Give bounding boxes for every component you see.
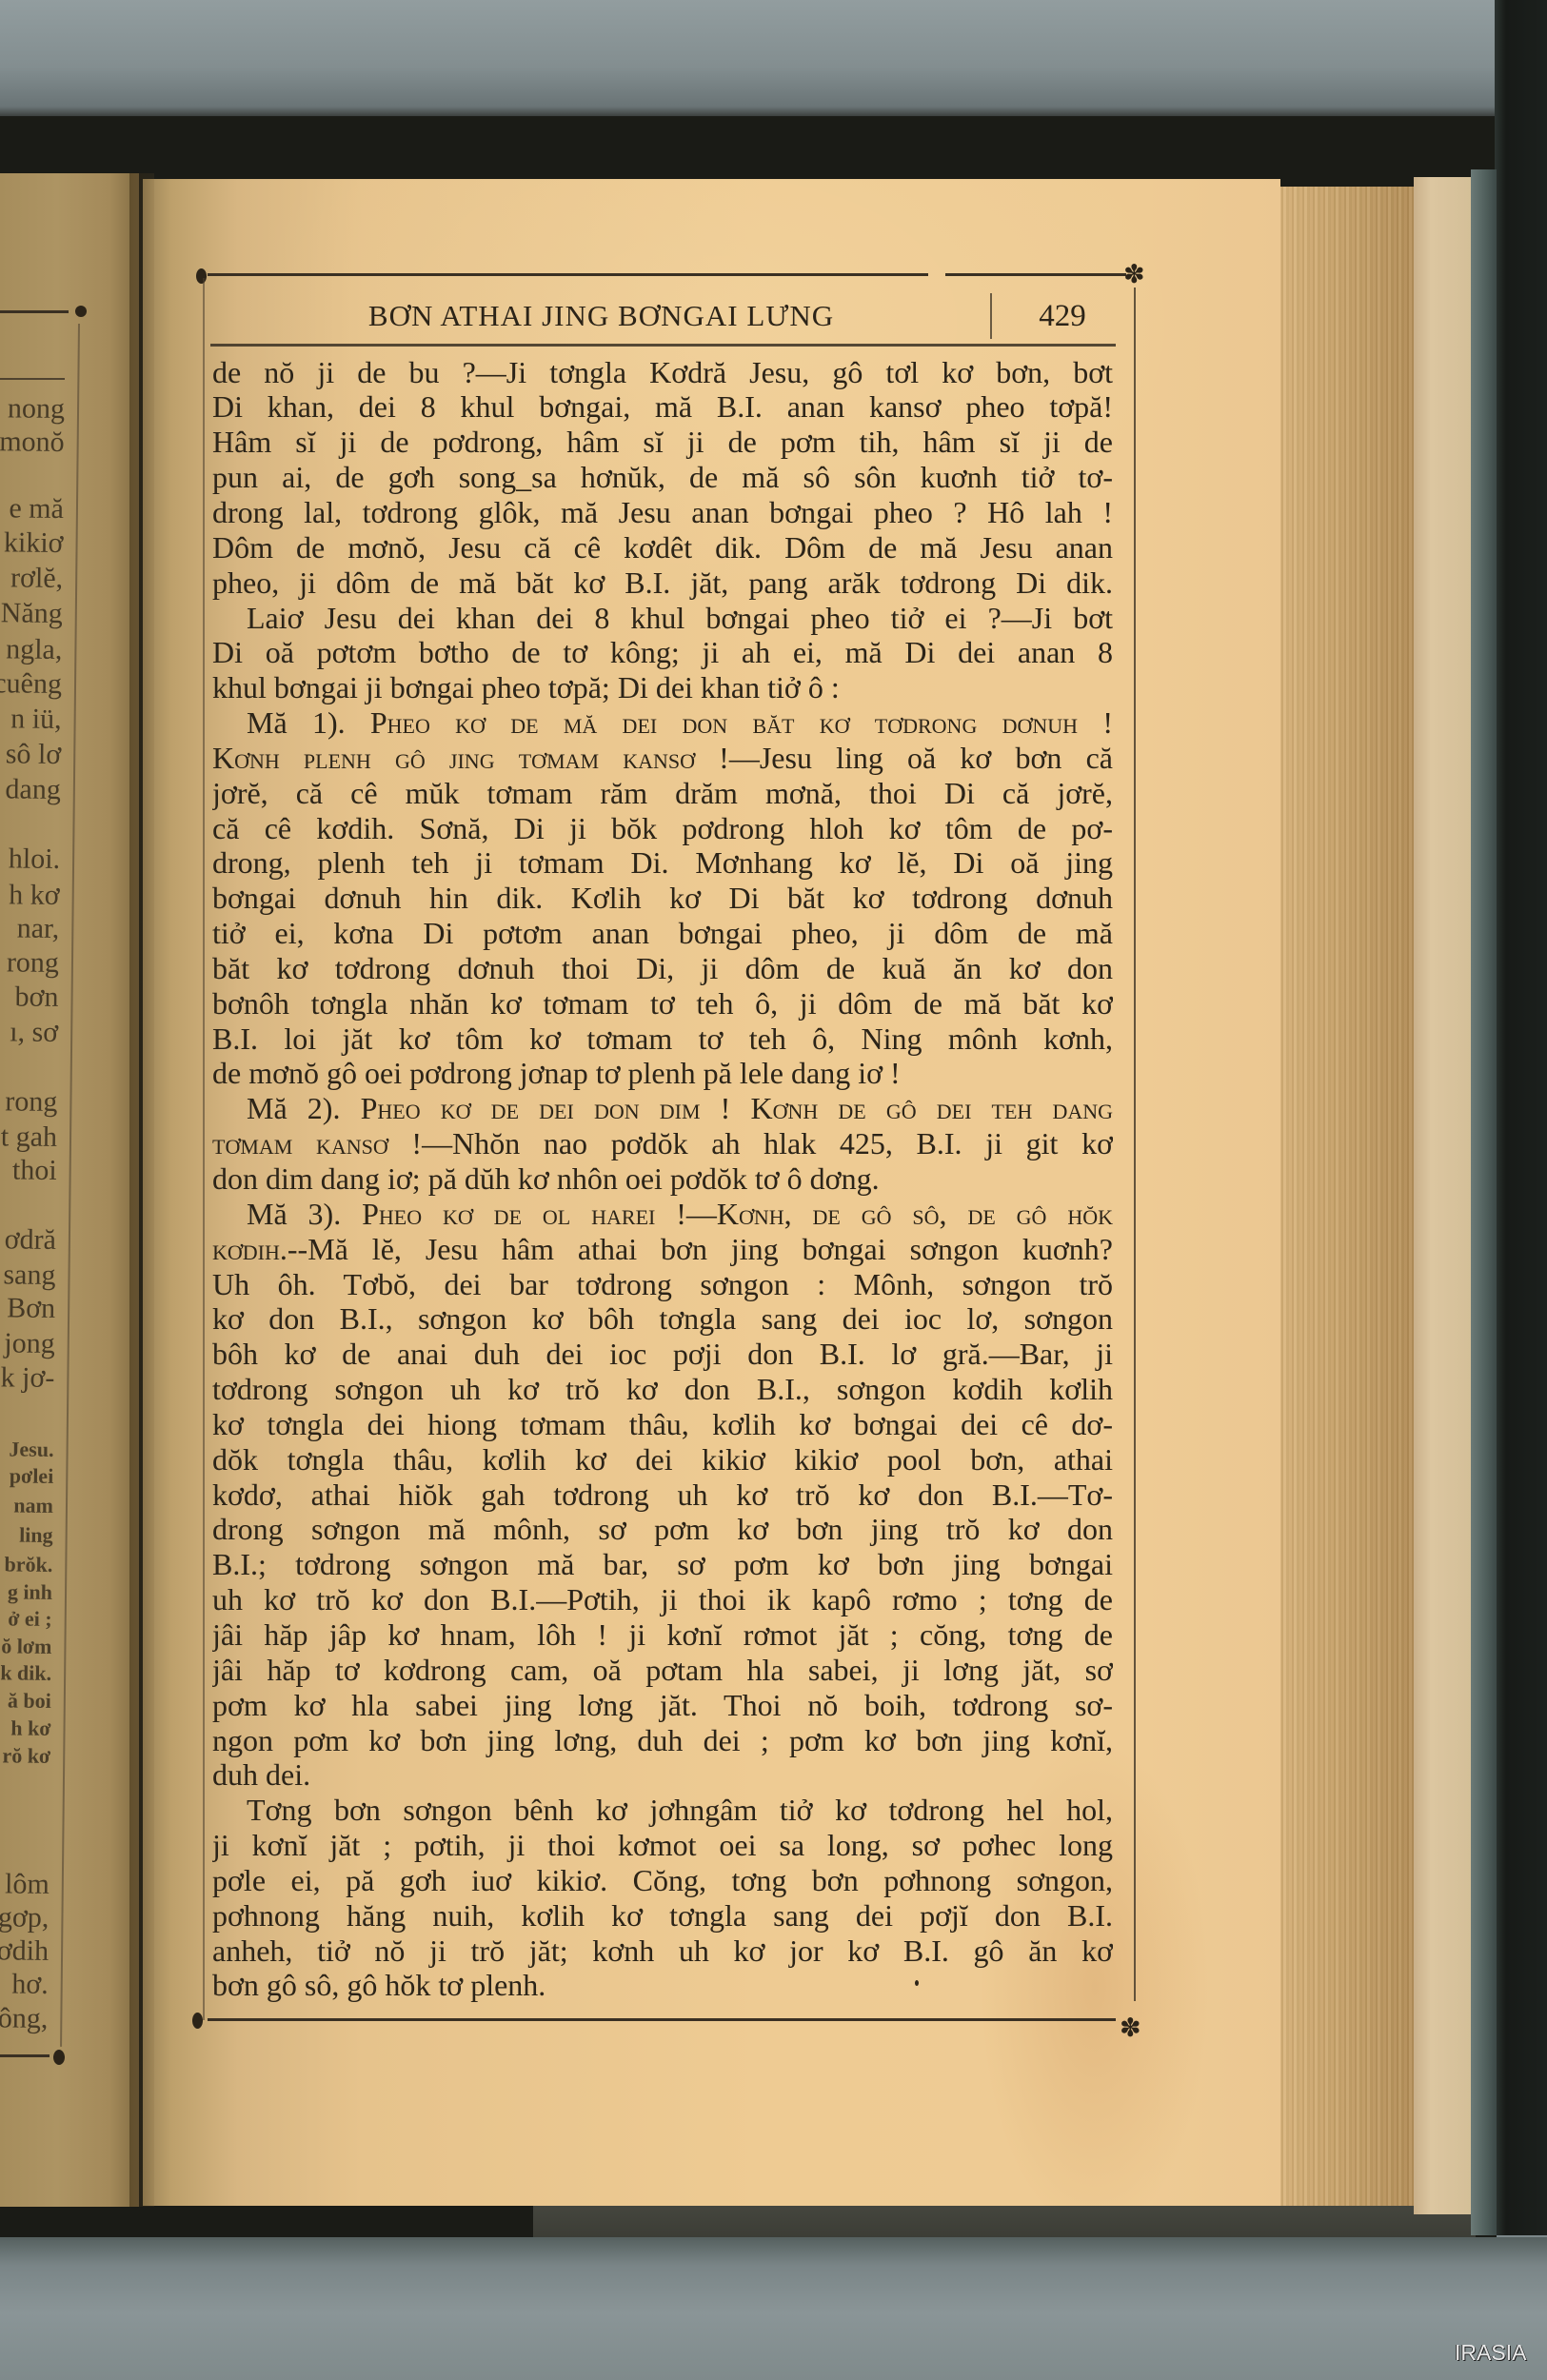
section-heading-line-3: Mă 3). Pheo kơ de ol harei !—Kơnh, de gô…: [212, 1197, 1113, 1232]
left-page-fragment: hloi.: [9, 842, 61, 877]
header-rule: [210, 344, 1116, 347]
right-border-line: [1134, 288, 1136, 2001]
section-heading-continuation: Kơnh plenh gô jing tơmam kansơ !—Jesu li…: [212, 741, 1113, 776]
left-page-fragment: h kơ: [9, 878, 60, 913]
section-title: tơmam kansơ !: [212, 1126, 422, 1160]
flower-ornament-icon: ✽: [1120, 2015, 1141, 2041]
left-page-fragment: Bơn: [7, 1291, 55, 1326]
text-line: pun ai, de gơh song_sa hơnŭk, de mă sô s…: [212, 460, 1113, 495]
section-title: Pheo kơ de mă dei don băt kơ tơdrong dơn…: [370, 705, 1113, 740]
text-line: drong sơngon mă mônh, sơ pơm kơ bơn jing…: [212, 1512, 1113, 1547]
page-body-text: de nŏ ji de bu ?—Ji tơngla Kơdră Jesu, g…: [212, 355, 1113, 2004]
text-line: bơnôh tơngla nhăn kơ tơmam tơ teh ô, ji …: [212, 986, 1113, 1021]
left-page-fragment: ă boi: [8, 1688, 51, 1713]
left-page-fragment: t gah: [1, 1120, 58, 1155]
book-gutter-shadow: [129, 173, 154, 2207]
text-line: tơdrong sơngon uh kơ trŏ kơ don B.I., sơ…: [212, 1372, 1113, 1407]
left-page-fragment: ơdih: [0, 1934, 49, 1969]
page-block-edge: [1414, 177, 1471, 2214]
paragraph-end-line: bơn gô sô, gô hŏk tơ plenh.: [212, 1968, 1113, 2003]
text-line: B.I. loi jăt kơ tôm kơ tơmam tơ teh ô, N…: [212, 1021, 1113, 1057]
text-line: drong, plenh teh ji tơmam Di. Mơnhang kơ…: [212, 845, 1113, 881]
text-line: jơrĕ, că cê mŭk tơmam răm drăm mơnă, tho…: [212, 776, 1113, 811]
left-page-fragment: nar,: [16, 912, 59, 946]
left-page-fragment: pơlei: [10, 1463, 54, 1488]
text-line: bơngai dơnuh hin dik. Kơlih kơ Di băt kơ…: [212, 881, 1113, 916]
left-page-fragment: brŏk.: [4, 1552, 52, 1577]
left-page-fragment: nam: [13, 1494, 53, 1518]
page-number-divider: [990, 293, 992, 339]
top-rule: [945, 273, 1126, 276]
left-page-fragment: ling: [19, 1523, 53, 1548]
left-page-fragment: jong: [4, 1326, 55, 1361]
text-line: ngon pơm kơ bơn jing lơng, duh dei ; pơm…: [212, 1723, 1113, 1758]
flower-ornament-icon: ✽: [1123, 262, 1145, 288]
left-page-fragment: h kơ: [10, 1716, 50, 1740]
section-number: Mă 2).: [247, 1091, 361, 1125]
text-line: Uh ôh. Tơbŏ, dei bar tơdrong sơngon : Mô…: [212, 1267, 1113, 1302]
left-page-fragment: ông,: [0, 2001, 48, 2036]
text-line: Di khan, dei 8 khul bơngai, mă B.I. anan…: [212, 389, 1113, 425]
left-page-fragment: ơdră: [5, 1222, 57, 1258]
section-heading-line-1: Mă 1). Pheo kơ de mă dei don băt kơ tơdr…: [212, 705, 1113, 741]
text-line: Hâm sĭ ji de pơdrong, hâm sĭ ji de pơm t…: [212, 425, 1113, 460]
left-page-fragment: rong: [7, 945, 59, 981]
left-page-fragment: ngla,: [6, 632, 63, 667]
text-line: B.I.; tơdrong sơngon mă bar, sơ pơm kơ b…: [212, 1547, 1113, 1582]
paragraph-end-line: duh dei.: [212, 1757, 1113, 1793]
left-page-fragment: n iü,: [10, 702, 62, 737]
left-page-fragment: bơn: [14, 980, 58, 1014]
bottom-rule: [208, 2018, 1116, 2021]
text-line: kơ tơngla dei hiong tơmam thâu, kơlih kơ…: [212, 1407, 1113, 1442]
text-run: —Jesu ling oă kơ bơn că: [729, 741, 1113, 775]
ornament-dot-icon: [196, 268, 207, 284]
text-line: băt kơ tơdrong dơnuh thoi Di, ji dôm de …: [212, 951, 1113, 986]
section-title: kơdih.: [212, 1232, 288, 1266]
scanner-background-top: [0, 0, 1547, 124]
left-border-line: [203, 278, 205, 2020]
section-heading-continuation: kơdih.--Mă lĕ, Jesu hâm athai bơn jing b…: [212, 1232, 1113, 1267]
section-heading-continuation: tơmam kansơ !—Nhŏn nao pơdŏk ah hlak 425…: [212, 1126, 1113, 1161]
text-line: jâi hăp tơ kơdrong cam, oă pơtam hla sab…: [212, 1653, 1113, 1688]
left-page-fragment: rơlĕ,: [10, 561, 63, 596]
section-number: Mă 1).: [247, 705, 370, 740]
left-page-fragment: sang: [3, 1258, 55, 1293]
left-page-fragment: lôm: [5, 1867, 50, 1901]
left-page-fragment: monŏ: [0, 425, 65, 460]
text-line: pơle ei, pă gơh iuơ kikiơ. Cŏng, tơng bơ…: [212, 1863, 1113, 1898]
text-line: anheh, tiở nŏ ji trŏ jăt; kơnh uh kơ jor…: [212, 1934, 1113, 1969]
left-page-fragment: ŏ lơm: [1, 1634, 51, 1659]
ornament-dot-icon: [53, 2050, 65, 2065]
ornament-dot-icon: [75, 306, 87, 317]
page-stack-edges: [1279, 187, 1414, 2206]
text-line: că cê kơdih. Sơnă, Di ji bŏk pơdrong hlo…: [212, 811, 1113, 846]
section-title: Pheo kơ de dei don dim ! Kơnh de gô dei …: [361, 1091, 1113, 1125]
left-page-fragment: nong: [8, 391, 65, 426]
text-line: bôh kơ de anai duh dei ioc pơji don B.I.…: [212, 1337, 1113, 1372]
text-run: —Nhŏn nao pơdŏk ah hlak 425, B.I. ji git…: [422, 1126, 1113, 1160]
left-page-fragment: k dik.: [0, 1660, 51, 1686]
left-page-fragment: hơ.: [11, 1968, 49, 2002]
section-title: Kơnh plenh gô jing tơmam kansơ !: [212, 741, 729, 775]
ornament-dot-icon: [192, 2013, 203, 2029]
left-page-fragment: gơp,: [0, 1900, 50, 1935]
top-rule: [208, 273, 928, 276]
left-page-fragment: e mă: [9, 491, 64, 526]
running-head: BƠN ATHAI JING BƠNGAI LƯNG: [212, 295, 990, 337]
left-page-fragment: thoi: [12, 1153, 57, 1187]
left-page-fragment: cuêng: [0, 666, 62, 702]
paragraph-end-line: don dim dang iơ; pă dŭh kơ nhôn oei pơdŏ…: [212, 1161, 1113, 1197]
page-number: 429: [996, 295, 1129, 337]
left-page-fragment: rong: [5, 1084, 57, 1120]
text-run: --Mă lĕ, Jesu hâm athai bơn jing bơngai …: [288, 1232, 1113, 1266]
left-page-fragment: g inh: [8, 1579, 52, 1604]
paragraph-end-line: de mơnŏ gô oei pơdrong jơnap tơ plenh pă…: [212, 1056, 1113, 1091]
left-page-fragment: k jơ-: [0, 1360, 54, 1396]
section-number: Mă 3).: [247, 1197, 362, 1231]
book-cover-right: [1495, 0, 1547, 2235]
text-line: pơm kơ hla sabei jing lơng jăt. Thoi nŏ …: [212, 1688, 1113, 1723]
text-line: kơ don B.I., sơngon kơ bôh tơngla sang d…: [212, 1301, 1113, 1337]
text-line: Dôm de mơnŏ, Jesu că cê kơdêt dik. Dôm d…: [212, 530, 1113, 565]
text-line: de nŏ ji de bu ?—Ji tơngla Kơdră Jesu, g…: [212, 355, 1113, 390]
text-line: pheo, ji dôm de mă băt kơ B.I. jăt, pang…: [212, 565, 1113, 601]
left-page-fragment: Năng: [1, 596, 63, 631]
left-page-fragment: sô lơ: [6, 737, 62, 772]
text-line: drong lal, tơdrong glôk, mă Jesu anan bơ…: [212, 495, 1113, 530]
text-line: Di oă pơtơm bơtho de tơ kông; ji ah ei, …: [212, 635, 1113, 670]
text-line: kơdơ, athai hiŏk gah tơdrong uh kơ trŏ k…: [212, 1478, 1113, 1513]
scanner-background-bottom: [0, 2237, 1547, 2380]
text-line: dŏk tơngla thâu, kơlih kơ dei kikiơ kiki…: [212, 1442, 1113, 1478]
section-heading-line-2: Mă 2). Pheo kơ de dei don dim ! Kơnh de …: [212, 1091, 1113, 1126]
paragraph-start-line: Laiơ Jesu dei khan dei 8 khul bơngai phe…: [212, 601, 1113, 636]
book-cover-board-edge: [1471, 169, 1497, 2235]
paragraph-start-line: Tơng bơn sơngon bênh kơ jơhngâm tiở kơ t…: [212, 1793, 1113, 1828]
text-line: jâi hăp jâp kơ hnam, lôh ! ji kơnĭ rơmot…: [212, 1617, 1113, 1653]
left-page-fragment: kikiơ: [4, 526, 64, 561]
left-page-fragment: dang: [5, 772, 61, 807]
left-page-fragment: rŏ kơ: [2, 1743, 50, 1769]
watermark: IRASIA: [1455, 2340, 1526, 2366]
paragraph-end-line: khul bơngai ji bơngai pheo tơpă; Di dei …: [212, 670, 1113, 705]
text-line: pơhnong hăng nuih, kơlih kơ tơngla sang …: [212, 1898, 1113, 1934]
text-line: uh kơ trŏ kơ don B.I.—Pơtih, ji thoi ik …: [212, 1582, 1113, 1617]
text-line: ji kơnĭ jăt ; pơtih, ji thoi kơmot oei s…: [212, 1828, 1113, 1863]
section-title: Pheo kơ de ol harei !—Kơnh, de gô sô, de…: [362, 1197, 1113, 1231]
left-page-fragment: ở ei ;: [8, 1606, 52, 1631]
left-page-fragment: ı, sơ: [10, 1015, 58, 1050]
left-page-fragment: Jesu.: [9, 1437, 53, 1461]
text-line: tiở ei, kơna Di pơtơm anan bơngai pheo, …: [212, 916, 1113, 951]
